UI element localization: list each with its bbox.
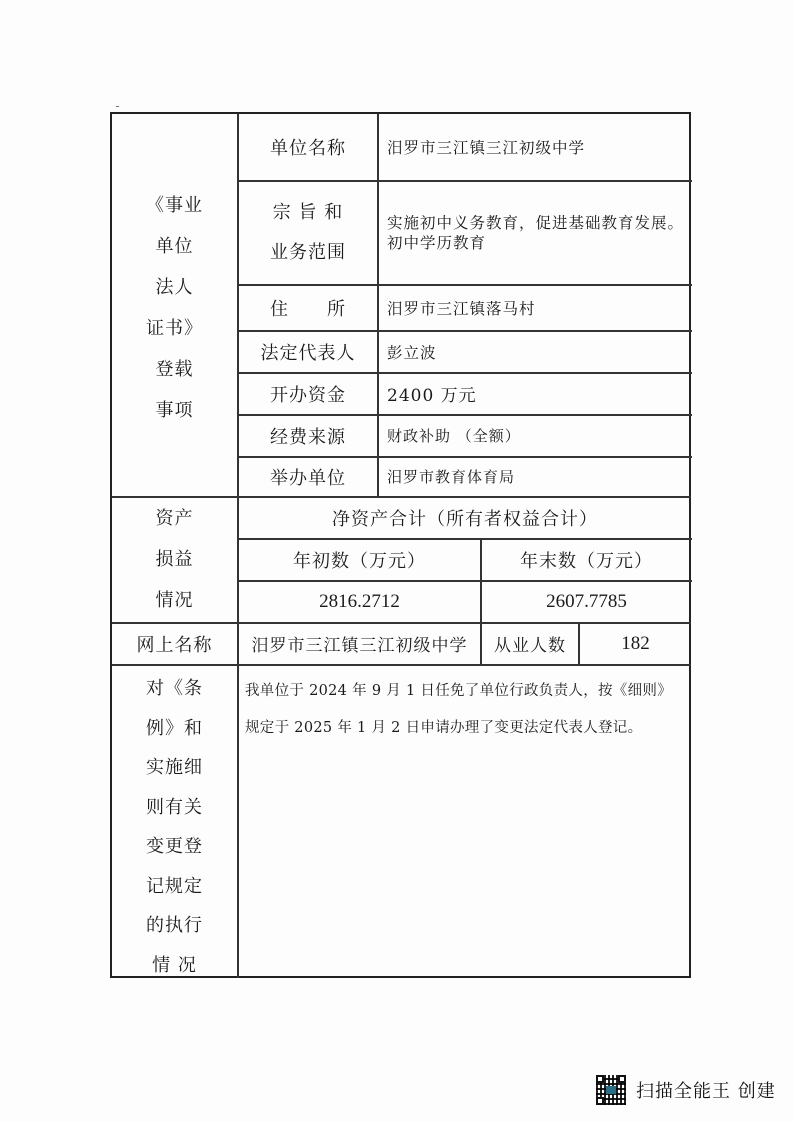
label-line: 的执行	[146, 906, 203, 946]
purpose-value: 实施初中义务教育，促进基础教育发展。 初中学历教育	[379, 181, 691, 284]
label-line: 实施细	[146, 748, 203, 788]
value-line: 初中学历教育	[387, 233, 486, 253]
registration-section-label: 《事业 单位 法人 证书》 登载 事项	[112, 114, 237, 496]
scan-speck	[116, 106, 119, 107]
online-name-value: 汨罗市三江镇三江初级中学	[239, 623, 480, 664]
legal-rep-value: 彭立波	[379, 331, 691, 372]
label-line: 宗 旨 和	[273, 193, 343, 233]
label-line: 损益	[156, 539, 194, 580]
label-line: 业务范围	[270, 233, 346, 273]
label-line: 记规定	[146, 867, 203, 907]
funding-source-value: 财政补助 （全额）	[379, 415, 691, 456]
legal-rep-label: 法定代表人	[239, 331, 377, 372]
capital-value: 2400 万元	[379, 373, 691, 414]
scanned-document-page: 《事业 单位 法人 证书》 登载 事项 单位名称 汨罗市三江镇三江初级中学 宗 …	[0, 0, 793, 1122]
registration-table: 《事业 单位 法人 证书》 登载 事项 单位名称 汨罗市三江镇三江初级中学 宗 …	[110, 112, 691, 978]
address-value: 汨罗市三江镇落马村	[379, 285, 691, 330]
unit-name-value: 汨罗市三江镇三江初级中学	[379, 114, 691, 180]
year-start-header: 年初数（万元）	[239, 539, 480, 580]
funding-source-label: 经费来源	[239, 415, 377, 456]
compliance-text: 我单位于 2024 年 9 月 1 日任免了单位行政负责人，按《细则》 规定于 …	[239, 665, 691, 978]
capital-label: 开办资金	[239, 373, 377, 414]
label-line: 资产	[156, 498, 194, 539]
text-line: 我单位于 2024 年 9 月 1 日任免了单位行政负责人，按《细则》	[245, 673, 672, 710]
label-line: 证书》	[146, 308, 203, 349]
label-line: 情况	[156, 580, 194, 621]
label-line: 对《条	[146, 669, 203, 709]
label-line: 事项	[156, 390, 194, 431]
label-line: 登载	[156, 349, 194, 390]
headcount-label: 从业人数	[482, 623, 578, 664]
sponsor-value: 汨罗市教育体育局	[379, 457, 691, 496]
label-line: 则有关	[146, 788, 203, 828]
purpose-label: 宗 旨 和 业务范围	[239, 181, 377, 284]
label-line: 《事业	[146, 185, 203, 226]
label-line: 例》和	[146, 709, 203, 749]
sponsor-label: 举办单位	[239, 457, 377, 496]
value-line: 实施初中义务教育，促进基础教育发展。	[387, 213, 684, 233]
address-label: 住 所	[239, 285, 377, 330]
watermark-text: 扫描全能王 创建	[636, 1077, 776, 1103]
scanner-watermark: 扫描全能王 创建	[596, 1072, 776, 1108]
label-line: 变更登	[146, 827, 203, 867]
compliance-section-label: 对《条 例》和 实施细 则有关 变更登 记规定 的执行 情 况	[112, 665, 237, 978]
unit-name-label: 单位名称	[239, 114, 377, 180]
year-end-value: 2607.7785	[482, 581, 691, 622]
net-assets-header: 净资产合计（所有者权益合计）	[239, 497, 691, 538]
year-start-value: 2816.2712	[239, 581, 480, 622]
qr-code-icon	[596, 1075, 626, 1105]
label-line: 法人	[156, 267, 194, 308]
headcount-value: 182	[580, 623, 691, 664]
assets-section-label: 资产 损益 情况	[112, 497, 237, 622]
label-line: 单位	[156, 226, 194, 267]
online-name-label: 网上名称	[112, 623, 237, 664]
label-line: 情 况	[152, 946, 197, 986]
text-line: 规定于 2025 年 1 月 2 日申请办理了变更法定代表人登记。	[245, 710, 642, 747]
year-end-header: 年末数（万元）	[482, 539, 691, 580]
